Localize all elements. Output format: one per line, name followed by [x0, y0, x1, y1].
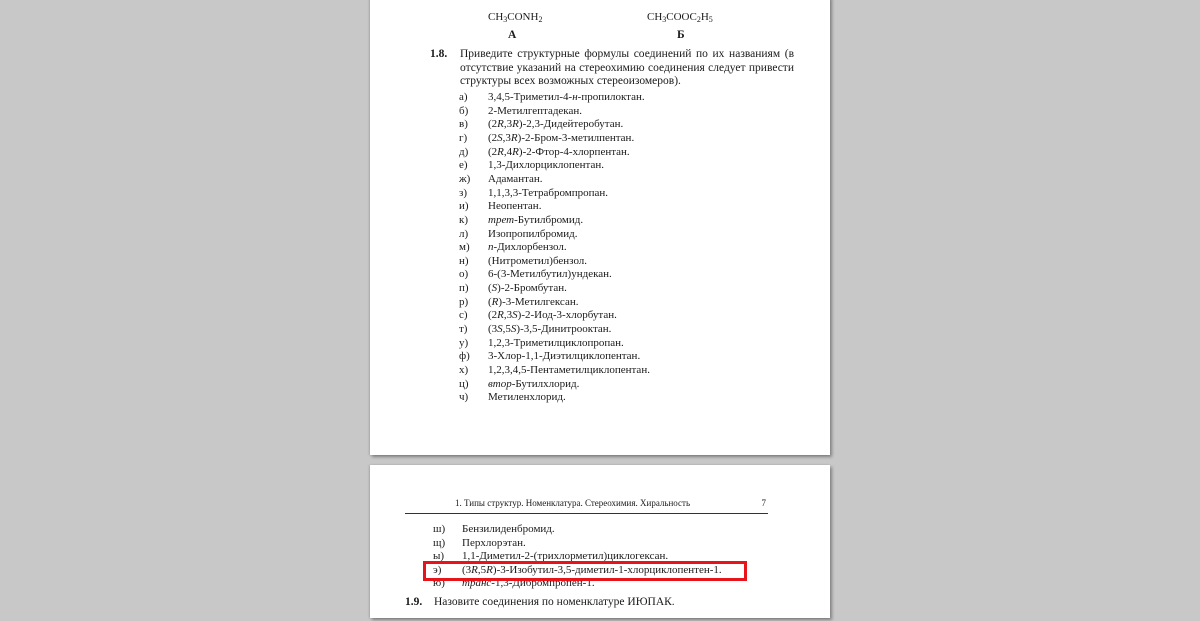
item-label: ш): [433, 523, 462, 537]
item-label: ж): [459, 173, 488, 187]
list-item: ж)Адамантан.: [459, 173, 543, 187]
item-name: 1,2,3,4,5-Пентаметилциклопентан.: [488, 364, 650, 376]
document-page-2: 1. Типы структур. Номенклатура. Стереохи…: [370, 465, 830, 618]
list-item: ф)3-Хлор-1,1-Диэтилциклопентан.: [459, 350, 640, 364]
item-name: (Нитрометил)бензол.: [488, 255, 587, 267]
item-label: р): [459, 296, 488, 310]
item-name: 1,1,3,3-Тетрабромпропан.: [488, 187, 608, 199]
item-label: ч): [459, 391, 488, 405]
item-label: е): [459, 159, 488, 173]
item-name: 3,4,5-Триметил-4-н-пропилоктан.: [488, 91, 645, 103]
item-name: 1,2,3-Триметилциклопропан.: [488, 337, 624, 349]
task-number-1-9: 1.9.: [405, 596, 422, 608]
item-label: н): [459, 255, 488, 269]
list-item: у)1,2,3-Триметилциклопропан.: [459, 337, 624, 351]
item-label: л): [459, 228, 488, 242]
item-name: (R)-3-Метилгексан.: [488, 296, 578, 308]
list-item: п)(S)-2-Бромбутан.: [459, 282, 567, 296]
item-name: втор-Бутилхлорид.: [488, 378, 579, 390]
item-label: щ): [433, 537, 462, 551]
list-item: з)1,1,3,3-Тетрабромпропан.: [459, 187, 608, 201]
item-name: 2-Метилгептадекан.: [488, 105, 582, 117]
item-label: д): [459, 146, 488, 160]
running-head: 1. Типы структур. Номенклатура. Стереохи…: [405, 498, 768, 514]
item-label: ф): [459, 350, 488, 364]
list-item: к)трет-Бутилбромид.: [459, 214, 583, 228]
item-name: (2R,3R)-2,3-Дидейтеробутан.: [488, 118, 623, 130]
document-page-1: CH3CONH2 А CH3COOC2H5 Б 1.8. Приведите с…: [370, 0, 830, 455]
item-label: х): [459, 364, 488, 378]
item-label: з): [459, 187, 488, 201]
item-name: п-Дихлорбензол.: [488, 241, 567, 253]
task-text-1-8: Приведите структурные формулы соединений…: [460, 48, 794, 89]
item-name: (3S,5S)-3,5-Динитрооктан.: [488, 323, 611, 335]
item-label: а): [459, 91, 488, 105]
compound-b-formula: CH3COOC2H5: [647, 11, 713, 24]
item-label: г): [459, 132, 488, 146]
list-item: е)1,3-Дихлорциклопентан.: [459, 159, 604, 173]
item-name: 6-(3-Метилбутил)ундекан.: [488, 268, 612, 280]
item-name: (2R,3S)-2-Иод-3-хлорбутан.: [488, 309, 617, 321]
item-name: трет-Бутилбромид.: [488, 214, 583, 226]
list-item: ц)втор-Бутилхлорид.: [459, 378, 579, 392]
item-name: (2S,3R)-2-Бром-3-метилпентан.: [488, 132, 634, 144]
item-label: м): [459, 241, 488, 255]
running-head-title: 1. Типы структур. Номенклатура. Стереохи…: [455, 498, 690, 508]
list-item: т)(3S,5S)-3,5-Динитрооктан.: [459, 323, 611, 337]
task-number-1-8: 1.8.: [430, 48, 447, 60]
item-label: у): [459, 337, 488, 351]
page-number: 7: [762, 498, 767, 508]
item-name: Неопентан.: [488, 200, 541, 212]
list-item: н)(Нитрометил)бензол.: [459, 255, 587, 269]
list-item: а)3,4,5-Триметил-4-н-пропилоктан.: [459, 91, 645, 105]
list-item: ч)Метиленхлорид.: [459, 391, 566, 405]
item-name: (S)-2-Бромбутан.: [488, 282, 567, 294]
list-item: г)(2S,3R)-2-Бром-3-метилпентан.: [459, 132, 634, 146]
item-name: Метиленхлорид.: [488, 391, 566, 403]
item-label: в): [459, 118, 488, 132]
item-name: 3-Хлор-1,1-Диэтилциклопентан.: [488, 350, 640, 362]
item-name: Бензилиденбромид.: [462, 523, 555, 535]
list-item: х)1,2,3,4,5-Пентаметилциклопентан.: [459, 364, 650, 378]
item-label: б): [459, 105, 488, 119]
list-item: б)2-Метилгептадекан.: [459, 105, 582, 119]
list-item: о)6-(3-Метилбутил)ундекан.: [459, 268, 612, 282]
item-name: (2R,4R)-2-Фтор-4-хлорпентан.: [488, 146, 630, 158]
item-name: Адамантан.: [488, 173, 543, 185]
list-item: р)(R)-3-Метилгексан.: [459, 296, 578, 310]
task-text-1-9: Назовите соединения по номенклатуре ИЮПА…: [434, 596, 764, 610]
list-item: ш)Бензилиденбромид.: [433, 523, 555, 537]
item-label: с): [459, 309, 488, 323]
list-item: щ)Перхлорэтан.: [433, 537, 526, 551]
highlight-box: [423, 561, 747, 581]
item-name: Перхлорэтан.: [462, 537, 526, 549]
list-item: м)п-Дихлорбензол.: [459, 241, 567, 255]
item-label: т): [459, 323, 488, 337]
item-label: к): [459, 214, 488, 228]
compound-a-label: А: [508, 29, 516, 41]
list-item: в)(2R,3R)-2,3-Дидейтеробутан.: [459, 118, 623, 132]
compound-b-label: Б: [677, 29, 685, 41]
list-item: и)Неопентан.: [459, 200, 541, 214]
list-item: л)Изопропилбромид.: [459, 228, 577, 242]
item-label: ц): [459, 378, 488, 392]
compound-a-formula: CH3CONH2: [488, 11, 542, 24]
item-name: Изопропилбромид.: [488, 228, 577, 240]
item-label: о): [459, 268, 488, 282]
item-label: п): [459, 282, 488, 296]
item-label: и): [459, 200, 488, 214]
list-item: с)(2R,3S)-2-Иод-3-хлорбутан.: [459, 309, 617, 323]
list-item: д)(2R,4R)-2-Фтор-4-хлорпентан.: [459, 146, 630, 160]
item-name: 1,3-Дихлорциклопентан.: [488, 159, 604, 171]
